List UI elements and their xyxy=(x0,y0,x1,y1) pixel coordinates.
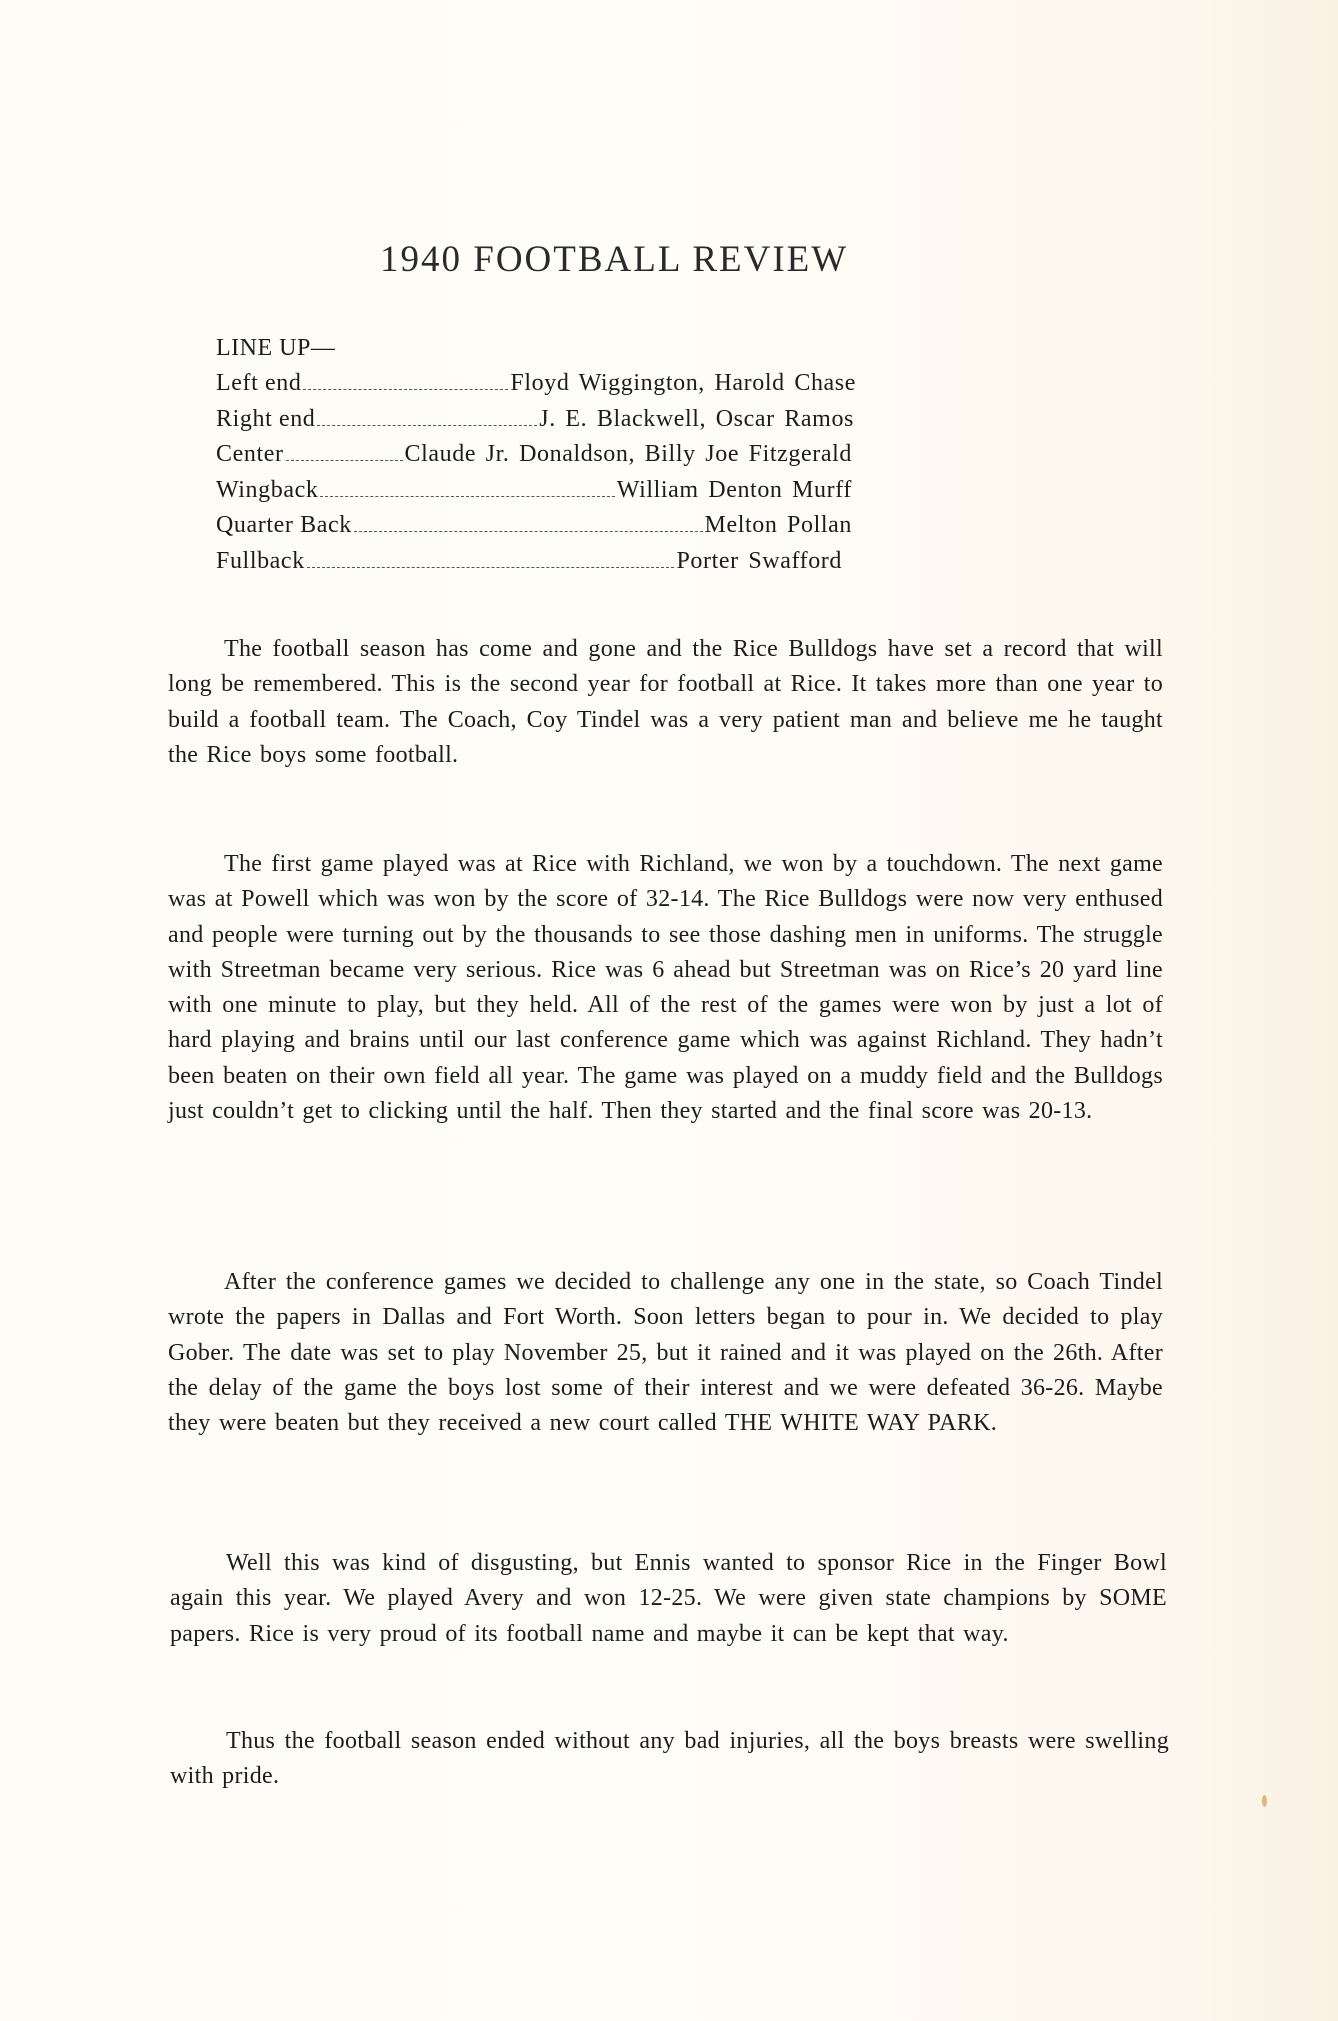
lineup-row: Fullback Porter Swafford xyxy=(216,544,842,580)
lineup-players: Porter Swafford xyxy=(676,544,842,580)
lineup-position: Quarter Back xyxy=(216,508,352,544)
dotted-leader xyxy=(303,389,508,390)
paragraph-games: The first game played was at Rice with R… xyxy=(168,847,1163,1129)
dotted-leader xyxy=(317,425,537,426)
lineup-row: Center Claude Jr. Donaldson, Billy Joe F… xyxy=(216,437,852,473)
lineup-position: Left end xyxy=(216,366,301,402)
dotted-leader xyxy=(286,460,403,461)
page-title: 1940 FOOTBALL REVIEW xyxy=(380,238,940,281)
lineup-heading: LINE UP— xyxy=(216,331,1096,366)
paper-stain xyxy=(1262,1795,1267,1807)
lineup-players: William Denton Murff xyxy=(617,473,852,509)
lineup-row: Quarter Back Melton Pollan xyxy=(216,508,852,544)
yearbook-page: 1940 FOOTBALL REVIEW LINE UP— Left end F… xyxy=(0,0,1338,2021)
lineup-players: Claude Jr. Donaldson, Billy Joe Fitzgera… xyxy=(405,437,853,473)
dotted-leader xyxy=(354,531,703,532)
paragraph-conclusion: Thus the football season ended without a… xyxy=(170,1724,1169,1795)
lineup-position: Wingback xyxy=(216,473,318,509)
lineup-players: Floyd Wiggington, Harold Chase xyxy=(510,366,856,402)
lineup-row: Wingback William Denton Murff xyxy=(216,473,852,509)
lineup-players: J. E. Blackwell, Oscar Ramos xyxy=(539,402,854,438)
lineup-row: Right end J. E. Blackwell, Oscar Ramos xyxy=(216,402,854,438)
lineup-row: Left end Floyd Wiggington, Harold Chase xyxy=(216,366,856,402)
lineup-table: LINE UP— Left end Floyd Wiggington, Haro… xyxy=(216,331,1096,579)
lineup-position: Fullback xyxy=(216,544,305,580)
paragraph-season-intro: The football season has come and gone an… xyxy=(168,632,1163,773)
dotted-leader xyxy=(320,496,614,497)
lineup-position: Right end xyxy=(216,402,315,438)
paragraph-finger-bowl: Well this was kind of disgusting, but En… xyxy=(170,1546,1167,1652)
paragraph-challenge: After the conference games we decided to… xyxy=(168,1265,1163,1441)
dotted-leader xyxy=(307,567,675,568)
lineup-position: Center xyxy=(216,437,284,473)
lineup-players: Melton Pollan xyxy=(705,508,852,544)
